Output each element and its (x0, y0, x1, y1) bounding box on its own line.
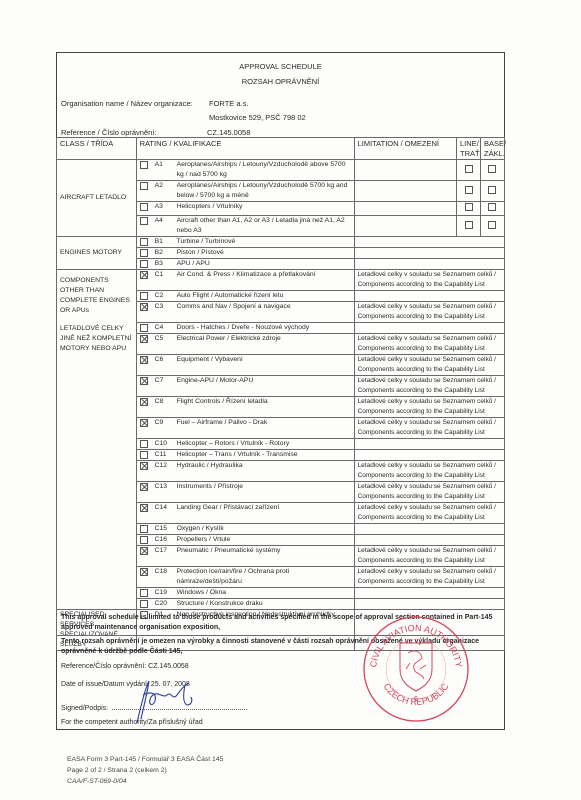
header-limitation: LIMITATION / OMEZENÍ (354, 138, 456, 160)
table-row: ENGINES MOTORYB1Turbine / Turbínové (57, 237, 505, 248)
rating-cell: A1Aeroplanes/Airships / Letouny/Vzduchol… (136, 160, 354, 181)
base-cell (480, 181, 504, 202)
rating-code: A2 (148, 181, 177, 201)
table-row: COMPONENTS OTHER THAN COMPLETE ENGINES O… (57, 270, 505, 291)
rating-code: B1 (148, 237, 177, 247)
rating-cell: C5Electrical Power / Elektrické zdroje (136, 334, 354, 355)
rating-code: C18 (148, 567, 177, 587)
rating-table: CLASS / TŘÍDA RATING / KVALIFIKACE LIMIT… (56, 137, 505, 651)
rating-cell: C11Helicopter – Trans / Vrtulník - Trans… (136, 450, 354, 461)
class-cell-components: COMPONENTS OTHER THAN COMPLETE ENGINES O… (57, 270, 137, 610)
rating-cell: C10Helicopter – Rotors / Vrtulník - Roto… (136, 439, 354, 450)
rating-cell: A4Aircraft other than A1, A2 or A3 / Let… (136, 216, 354, 237)
rating-code: C16 (148, 535, 177, 545)
checkbox-icon[interactable] (140, 260, 148, 268)
rating-code: C17 (148, 546, 177, 556)
checkbox-icon[interactable] (140, 203, 148, 211)
rating-cell: B1Turbine / Turbínové (136, 237, 354, 248)
signature-icon (127, 675, 197, 727)
rating-description: Helicopter – Trans / Vrtulník - Transmis… (177, 450, 351, 460)
header-line: LINE/ TRAŤ (457, 138, 481, 160)
rating-cell: C6Equipment / Vybavení (136, 355, 354, 376)
rating-description: Aircraft other than A1, A2 or A3 / Letad… (177, 216, 351, 236)
checked-box-icon[interactable] (140, 271, 148, 279)
stamp-number: -6- (412, 696, 421, 703)
rating-code: C12 (148, 461, 177, 471)
limitation-cell: Letadlové celky v souladu se Seznamem ce… (354, 334, 504, 355)
limitation-cell (354, 202, 456, 216)
checkbox-icon[interactable] (140, 600, 148, 608)
rating-cell: C8Flight Controls / Řízení letadla (136, 397, 354, 418)
class-components-cz: LETADLOVÉ CELKY JINÉ NEŽ KOMPLETNÍ MOTOR… (60, 324, 133, 354)
limitation-cell: Letadlové celky v souladu se Seznamem ce… (354, 376, 504, 397)
rating-code: C4 (148, 323, 177, 333)
checked-box-icon[interactable] (140, 335, 148, 343)
limitation-cell: Letadlové celky v souladu se Seznamem ce… (354, 270, 504, 291)
rating-description: Helicopters / Vrtulníky (177, 202, 351, 212)
rating-code: B2 (148, 248, 177, 258)
limitation-cell (354, 237, 504, 248)
rating-description: Equipment / Vybavení (177, 355, 351, 365)
approval-schedule-sheet: APPROVAL SCHEDULE ROZSAH OPRÁVNĚNÍ Organ… (56, 52, 505, 730)
limitation-cell: Letadlové celky v souladu se Seznamem ce… (354, 418, 504, 439)
line-checkbox-icon[interactable] (465, 165, 473, 173)
rating-cell: A2Aeroplanes/Airships / Letouny/Vzduchol… (136, 181, 354, 202)
stamp-bottom-text: CZECH REPUBLIC (382, 681, 451, 707)
org-address: Mostkovice 529, PSČ 798 02 (209, 113, 306, 122)
rating-code: A1 (148, 160, 177, 180)
rating-description: Protection ice/rain/fire / Ochrana proti… (177, 567, 351, 587)
rating-cell: C3Comms and Nav / Spojení a navigace (136, 302, 354, 323)
ref-value: CZ.145.0058 (207, 128, 250, 137)
ref2-label: Reference/Číslo oprávnění: (61, 663, 146, 670)
checked-box-icon[interactable] (140, 504, 148, 512)
checked-box-icon[interactable] (140, 356, 148, 364)
rating-code: C13 (148, 482, 177, 492)
limitation-cell: Letadlové celky v souladu se Seznamem ce… (354, 482, 504, 503)
ref-line: Reference/Číslo oprávnění: CZ.145.0058 (61, 663, 189, 670)
limitation-cell (354, 588, 504, 599)
checkbox-icon[interactable] (140, 238, 148, 246)
rating-code: C20 (148, 599, 177, 609)
checked-box-icon[interactable] (140, 483, 148, 491)
footer-code: CAA/F-ST-069-0/04 (67, 778, 126, 785)
rating-code: C14 (148, 503, 177, 513)
limitation-cell: Letadlové celky v souladu se Seznamem ce… (354, 567, 504, 588)
rating-cell: C19Windows / Okna (136, 588, 354, 599)
rating-code: C6 (148, 355, 177, 365)
limitation-cell (354, 160, 456, 181)
org-label: Organisation name / Název organizace: (61, 99, 193, 108)
class-cell-aircraft: AIRCRAFT LETADLO (57, 160, 137, 237)
base-cell (480, 216, 504, 237)
class-components-en: COMPONENTS OTHER THAN COMPLETE ENGINES O… (60, 276, 133, 316)
checkbox-icon[interactable] (140, 451, 148, 459)
limitation-cell (354, 599, 504, 610)
limitation-cell (354, 291, 504, 302)
header-rating: RATING / KVALIFIKACE (136, 138, 354, 160)
rating-cell: C13Instruments / Přístroje (136, 482, 354, 503)
checkbox-icon[interactable] (140, 182, 148, 190)
rating-code: A3 (148, 202, 177, 212)
checked-box-icon[interactable] (140, 462, 148, 470)
rating-description: Air Cond. & Press / Klimatizace a přetla… (177, 270, 351, 280)
limitation-cell (354, 450, 504, 461)
header-class: CLASS / TŘÍDA (57, 138, 137, 160)
class-cell-engines: ENGINES MOTORY (57, 237, 137, 270)
line-cell (457, 202, 481, 216)
rating-cell: C15Oxygen / Kyslík (136, 524, 354, 535)
rating-cell: C9Fuel – Airframe / Palivo - Drak (136, 418, 354, 439)
rating-description: Turbine / Turbínové (177, 237, 351, 247)
limitation-cell: Letadlové celky v souladu se Seznamem ce… (354, 503, 504, 524)
limitation-cell: Letadlové celky v souladu se Seznamem ce… (354, 546, 504, 567)
rating-description: Piston / Pístové (177, 248, 351, 258)
rating-code: C3 (148, 302, 177, 312)
base-cell (480, 202, 504, 216)
line-checkbox-icon[interactable] (465, 221, 473, 229)
checkbox-icon[interactable] (140, 161, 148, 169)
rating-code: C2 (148, 291, 177, 301)
limitation-cell (354, 248, 504, 259)
rating-description: Fuel – Airframe / Palivo - Drak (177, 418, 351, 428)
line-cell (457, 216, 481, 237)
rating-cell: C2Auto Flight / Automatické řízení letu (136, 291, 354, 302)
limitation-cell (354, 259, 504, 270)
table-row: AIRCRAFT LETADLOA1Aeroplanes/Airships / … (57, 160, 505, 181)
rating-description: Aeroplanes/Airships / Letouny/Vzducholod… (177, 181, 351, 201)
checkbox-icon[interactable] (140, 525, 148, 533)
limitation-cell (354, 524, 504, 535)
table-header-row: CLASS / TŘÍDA RATING / KVALIFIKACE LIMIT… (57, 138, 505, 160)
rating-cell: C20Structure / Konstrukce draku (136, 599, 354, 610)
base-cell (480, 160, 504, 181)
checked-box-icon[interactable] (140, 419, 148, 427)
rating-cell: C7Engine-APU / Motor-APU (136, 376, 354, 397)
rating-description: Structure / Konstrukce draku (177, 599, 351, 609)
footer-page: Page 2 of 2 / Strana 2 (celkem 2) (67, 767, 167, 774)
svg-text:CZECH REPUBLIC: CZECH REPUBLIC (382, 681, 451, 707)
ref2-value: CZ.145.0058 (148, 663, 188, 670)
rating-cell: C14Landing Gear / Přistávací zařízení (136, 503, 354, 524)
rating-code: C15 (148, 524, 177, 534)
rating-code: C10 (148, 439, 177, 449)
checkbox-icon[interactable] (140, 440, 148, 448)
rating-code: C9 (148, 418, 177, 428)
rating-description: Comms and Nav / Spojení a navigace (177, 302, 351, 312)
rating-description: Helicopter – Rotors / Vrtulník - Rotory (177, 439, 351, 449)
rating-cell: C12Hydraulic / Hydraulika (136, 461, 354, 482)
rating-cell: C1Air Cond. & Press / Klimatizace a přet… (136, 270, 354, 291)
checkbox-icon[interactable] (140, 292, 148, 300)
checkbox-icon[interactable] (140, 589, 148, 597)
title-en: APPROVAL SCHEDULE (57, 62, 504, 71)
rating-code: C7 (148, 376, 177, 386)
checkbox-icon[interactable] (140, 217, 148, 225)
checkbox-icon[interactable] (140, 249, 148, 257)
limitation-cell: Letadlové celky v souladu se Seznamem ce… (354, 355, 504, 376)
checked-box-icon[interactable] (140, 547, 148, 555)
limitation-cell (354, 323, 504, 334)
base-checkbox-icon[interactable] (488, 165, 496, 173)
checkbox-icon[interactable] (140, 324, 148, 332)
signed-label: Signed/Podpis: (61, 705, 108, 712)
rating-description: Hydraulic / Hydraulika (177, 461, 351, 471)
rating-description: APU / APU (177, 259, 351, 269)
org-name: FORTE a.s. (209, 99, 248, 108)
rating-code: C19 (148, 588, 177, 598)
rating-cell: A3Helicopters / Vrtulníky (136, 202, 354, 216)
rating-code: C1 (148, 270, 177, 280)
rating-description: Landing Gear / Přistávací zařízení (177, 503, 351, 513)
footer-form: EASA Form 3 Part-145 / Formulář 3 EASA Č… (67, 756, 223, 763)
rating-code: A4 (148, 216, 177, 236)
rating-description: Aeroplanes/Airships / Letouny/Vzducholod… (177, 160, 351, 180)
limitation-cell: Letadlové celky v souladu se Seznamem ce… (354, 302, 504, 323)
limitation-cell: Letadlové celky v souladu se Seznamem ce… (354, 397, 504, 418)
rating-code: C5 (148, 334, 177, 344)
rating-cell: C17Pneumatic / Pneumatické systémy (136, 546, 354, 567)
rating-cell: C16Propellers / Vrtule (136, 535, 354, 546)
line-cell (457, 181, 481, 202)
limitation-cell (354, 535, 504, 546)
rating-description: Instruments / Přístroje (177, 482, 351, 492)
rating-cell: C4Doors - Hatches / Dveře - Nouzové vých… (136, 323, 354, 334)
checked-box-icon[interactable] (140, 398, 148, 406)
limitation-cell: Letadlové celky v souladu se Seznamem ce… (354, 461, 504, 482)
rating-description: Engine-APU / Motor-APU (177, 376, 351, 386)
checked-box-icon[interactable] (140, 303, 148, 311)
rating-description: Auto Flight / Automatické řízení letu (177, 291, 351, 301)
line-checkbox-icon[interactable] (465, 203, 473, 211)
header-base: BASE/ ZÁKL. (480, 138, 504, 160)
rating-description: Pneumatic / Pneumatické systémy (177, 546, 351, 556)
rating-description: Doors - Hatches / Dveře - Nouzové východ… (177, 323, 351, 333)
ref-label: Reference / Číslo oprávnění: (61, 128, 156, 137)
rating-cell: C18Protection ice/rain/fire / Ochrana pr… (136, 567, 354, 588)
rating-code: C8 (148, 397, 177, 407)
base-checkbox-icon[interactable] (488, 203, 496, 211)
base-checkbox-icon[interactable] (488, 221, 496, 229)
line-checkbox-icon[interactable] (465, 186, 473, 194)
rating-cell: B2Piston / Pístové (136, 248, 354, 259)
title-cz: ROZSAH OPRÁVNĚNÍ (57, 77, 504, 86)
authority-stamp-icon: CIVIL AVIATION AUTHORITY CZECH REPUBLIC … (360, 613, 472, 725)
base-checkbox-icon[interactable] (488, 186, 496, 194)
checked-box-icon[interactable] (140, 568, 148, 576)
rating-description: Windows / Okna (177, 588, 351, 598)
rating-code: C11 (148, 450, 177, 460)
rating-code: B3 (148, 259, 177, 269)
rating-cell: B3APU / APU (136, 259, 354, 270)
rating-description: Oxygen / Kyslík (177, 524, 351, 534)
checked-box-icon[interactable] (140, 377, 148, 385)
checkbox-icon[interactable] (140, 536, 148, 544)
limitation-cell (354, 181, 456, 202)
rating-description: Propellers / Vrtule (177, 535, 351, 545)
rating-description: Electrical Power / Elektrické zdroje (177, 334, 351, 344)
rating-description: Flight Controls / Řízení letadla (177, 397, 351, 407)
line-cell (457, 160, 481, 181)
limitation-cell (354, 439, 504, 450)
limitation-cell (354, 216, 456, 237)
